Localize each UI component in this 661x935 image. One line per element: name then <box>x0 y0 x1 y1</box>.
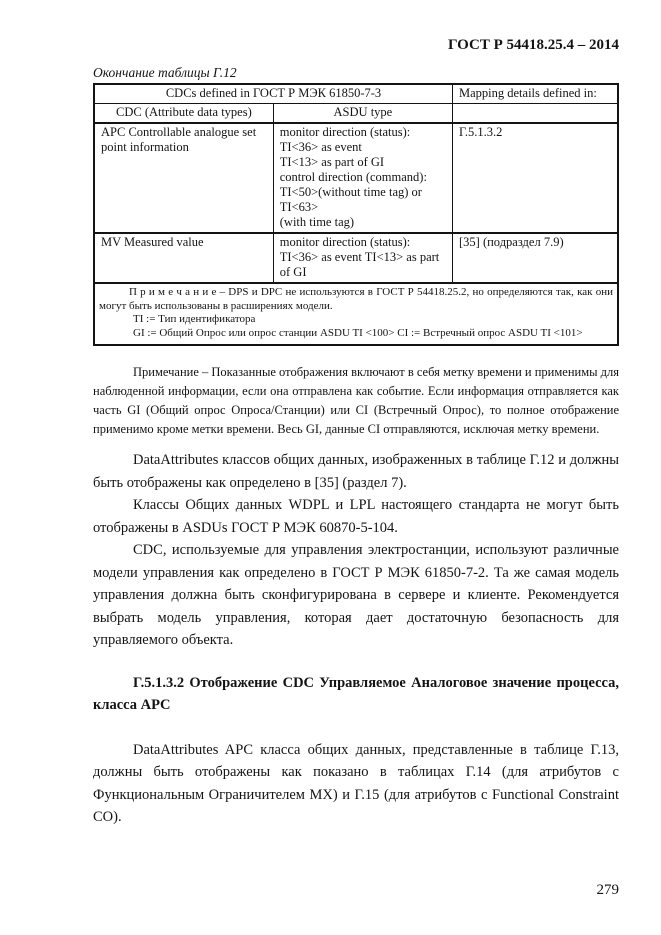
asdu-line: TI<36> as event <box>280 140 446 155</box>
document-page: ГОСТ Р 54418.25.4 – 2014 Окончание табли… <box>0 0 661 935</box>
cell-asdu-apc: monitor direction (status): TI<36> as ev… <box>273 123 452 233</box>
table-header-mapping-details: Mapping details defined in: <box>453 84 619 104</box>
table-note-gi-definition: GI := Общий Опрос или опрос станции ASDU… <box>133 327 613 341</box>
table-note-primechanie: П р и м е ч а н и е – DPS и DPC не испол… <box>99 286 613 313</box>
paragraph-dataattributes-apc: DataAttributes APC класса общих данных, … <box>93 739 619 829</box>
table-header-cdcs-defined: CDCs defined in ГОСТ Р МЭК 61850-7-3 <box>94 84 453 104</box>
table-header-asdu-type: ASDU type <box>273 104 452 124</box>
section-heading-g5132: Г.5.1.3.2 Отображение CDC Управляемое Ан… <box>93 672 619 717</box>
cell-mapping-apc: Г.5.1.3.2 <box>453 123 619 233</box>
table-header-cdc-attribute-types: CDC (Attribute data types) <box>94 104 273 124</box>
page-number: 279 <box>597 881 620 899</box>
table-caption: Окончание таблицы Г.12 <box>93 64 619 81</box>
table-header-row-1: CDCs defined in ГОСТ Р МЭК 61850-7-3 Map… <box>94 84 618 104</box>
table-note-row: П р и м е ч а н и е – DPS и DPC не испол… <box>94 283 618 345</box>
asdu-line: TI<13> as part of GI <box>280 155 446 170</box>
paragraph-wdpl-lpl: Классы Общих данных WDPL и LPL настоящег… <box>93 494 619 539</box>
cell-cdc-mv: MV Measured value <box>94 233 273 283</box>
note-paragraph: Примечание – Показанные отображения вклю… <box>93 363 619 439</box>
table-note-cell: П р и м е ч а н и е – DPS и DPC не испол… <box>94 283 618 345</box>
asdu-line: TI<50>(without time tag) or <box>280 185 446 200</box>
asdu-line: monitor direction (status): TI<36> as ev… <box>280 235 446 280</box>
document-title: ГОСТ Р 54418.25.4 – 2014 <box>93 36 619 54</box>
paragraph-cdc-control-models: CDC, используемые для управления электро… <box>93 539 619 652</box>
cell-cdc-apc: APC Controllable analogue set point info… <box>94 123 273 233</box>
table-header-row-2: CDC (Attribute data types) ASDU type <box>94 104 618 124</box>
cdc-mapping-table: CDCs defined in ГОСТ Р МЭК 61850-7-3 Map… <box>93 83 619 346</box>
table-header-empty-cell <box>453 104 619 124</box>
asdu-line: TI<63> <box>280 200 446 215</box>
asdu-line: control direction (command): <box>280 170 446 185</box>
asdu-line: monitor direction (status): <box>280 125 446 140</box>
cell-mapping-mv: [35] (подраздел 7.9) <box>453 233 619 283</box>
cell-asdu-mv: monitor direction (status): TI<36> as ev… <box>273 233 452 283</box>
table-row-apc: APC Controllable analogue set point info… <box>94 123 618 233</box>
paragraph-dataattributes-g12: DataAttributes классов общих данных, изо… <box>93 449 619 494</box>
table-note-ti-definition: TI := Тип идентификатора <box>133 313 613 327</box>
table-row-mv: MV Measured value monitor direction (sta… <box>94 233 618 283</box>
asdu-line: (with time tag) <box>280 215 446 230</box>
